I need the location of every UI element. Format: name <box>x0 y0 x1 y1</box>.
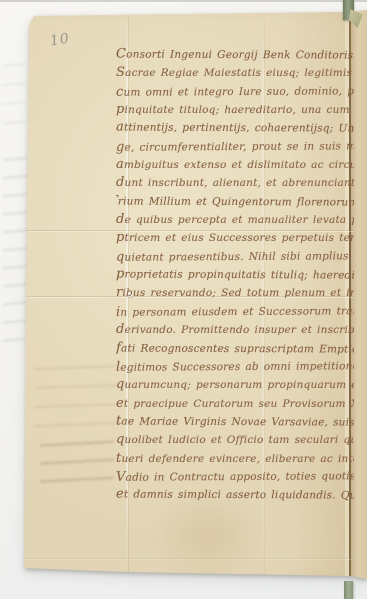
manuscript-line: proprietatis propinquitatis tituliq; hae… <box>116 266 354 285</box>
manuscript-line: tae Mariae Virginis Novae Varsaviae, sui… <box>116 412 354 431</box>
manuscript-line: quolibet Iudicio et Officio tam seculari… <box>116 431 354 449</box>
manuscript-text: Consorti Ingenui Georgij Benk Conditoris… <box>116 46 354 512</box>
manuscript-line: dunt inscribunt, alienant, et abrenuncia… <box>116 174 354 192</box>
manuscript-scan: 10 Consorti Ingenui Georgij Benk Condito… <box>0 0 367 599</box>
manuscript-page-wrap: 10 Consorti Ingenui Georgij Benk Condito… <box>0 0 367 599</box>
manuscript-line: fati Recognoscentes suprascriptam Emptio… <box>116 339 354 358</box>
manuscript-line: in personam eiusdem et Successorum trans… <box>116 302 354 322</box>
manuscript-line: Consorti Ingenui Georgij Benk Conditoris… <box>116 46 354 65</box>
bleedthrough-mark <box>40 436 114 488</box>
manuscript-line: Vadio in Contractu apposito, toties quot… <box>116 467 354 487</box>
manuscript-line: legitimos Successores ab omni impetition… <box>116 357 354 377</box>
manuscript-line: ge, circumferentialiter, prout se in sui… <box>116 137 354 157</box>
manuscript-line: pinquitate tituloq; haereditario, una cu… <box>116 101 354 119</box>
manuscript-line: de quibus percepta et manualiter levata … <box>116 211 354 229</box>
ribbon-marker-bottom <box>344 581 353 599</box>
manuscript-line: tueri defendere evincere, eliberare ac i… <box>116 450 354 468</box>
manuscript-line: Sacrae Regiae Maiestatis eiusq; legitimi… <box>116 64 354 82</box>
manuscript-line: ambiguitus extenso et dislimitato ac cir… <box>116 156 354 174</box>
manuscript-page: 10 Consorti Ingenui Georgij Benk Condito… <box>0 0 367 599</box>
page-number: 10 <box>49 30 71 49</box>
bleedthrough-mark <box>34 358 118 436</box>
manuscript-line: ribus reservando; Sed totum plenum et in… <box>116 284 354 302</box>
manuscript-line: et damnis simplici asserto liquidandis. … <box>116 486 354 505</box>
manuscript-line: attinentijs, pertinentijs, cohaerentijsq… <box>116 119 354 138</box>
manuscript-line: et praecipue Curatorum seu Provisorum Xe… <box>116 395 354 413</box>
manuscript-line: Trium Millium et Quingentorum florenorum… <box>116 192 354 211</box>
manuscript-line: ptricem et eius Successores perpetuis te… <box>116 229 354 247</box>
manuscript-line: quarumcunq; personarum propinquarum et r… <box>116 376 354 394</box>
manuscript-line: cum omni et integro Iure suo, dominio, p… <box>116 82 354 102</box>
manuscript-line: derivando. Promittendo insuper et inscri… <box>116 321 354 339</box>
manuscript-line: quietant praesentibus. Nihil sibi ampliu… <box>116 247 354 267</box>
